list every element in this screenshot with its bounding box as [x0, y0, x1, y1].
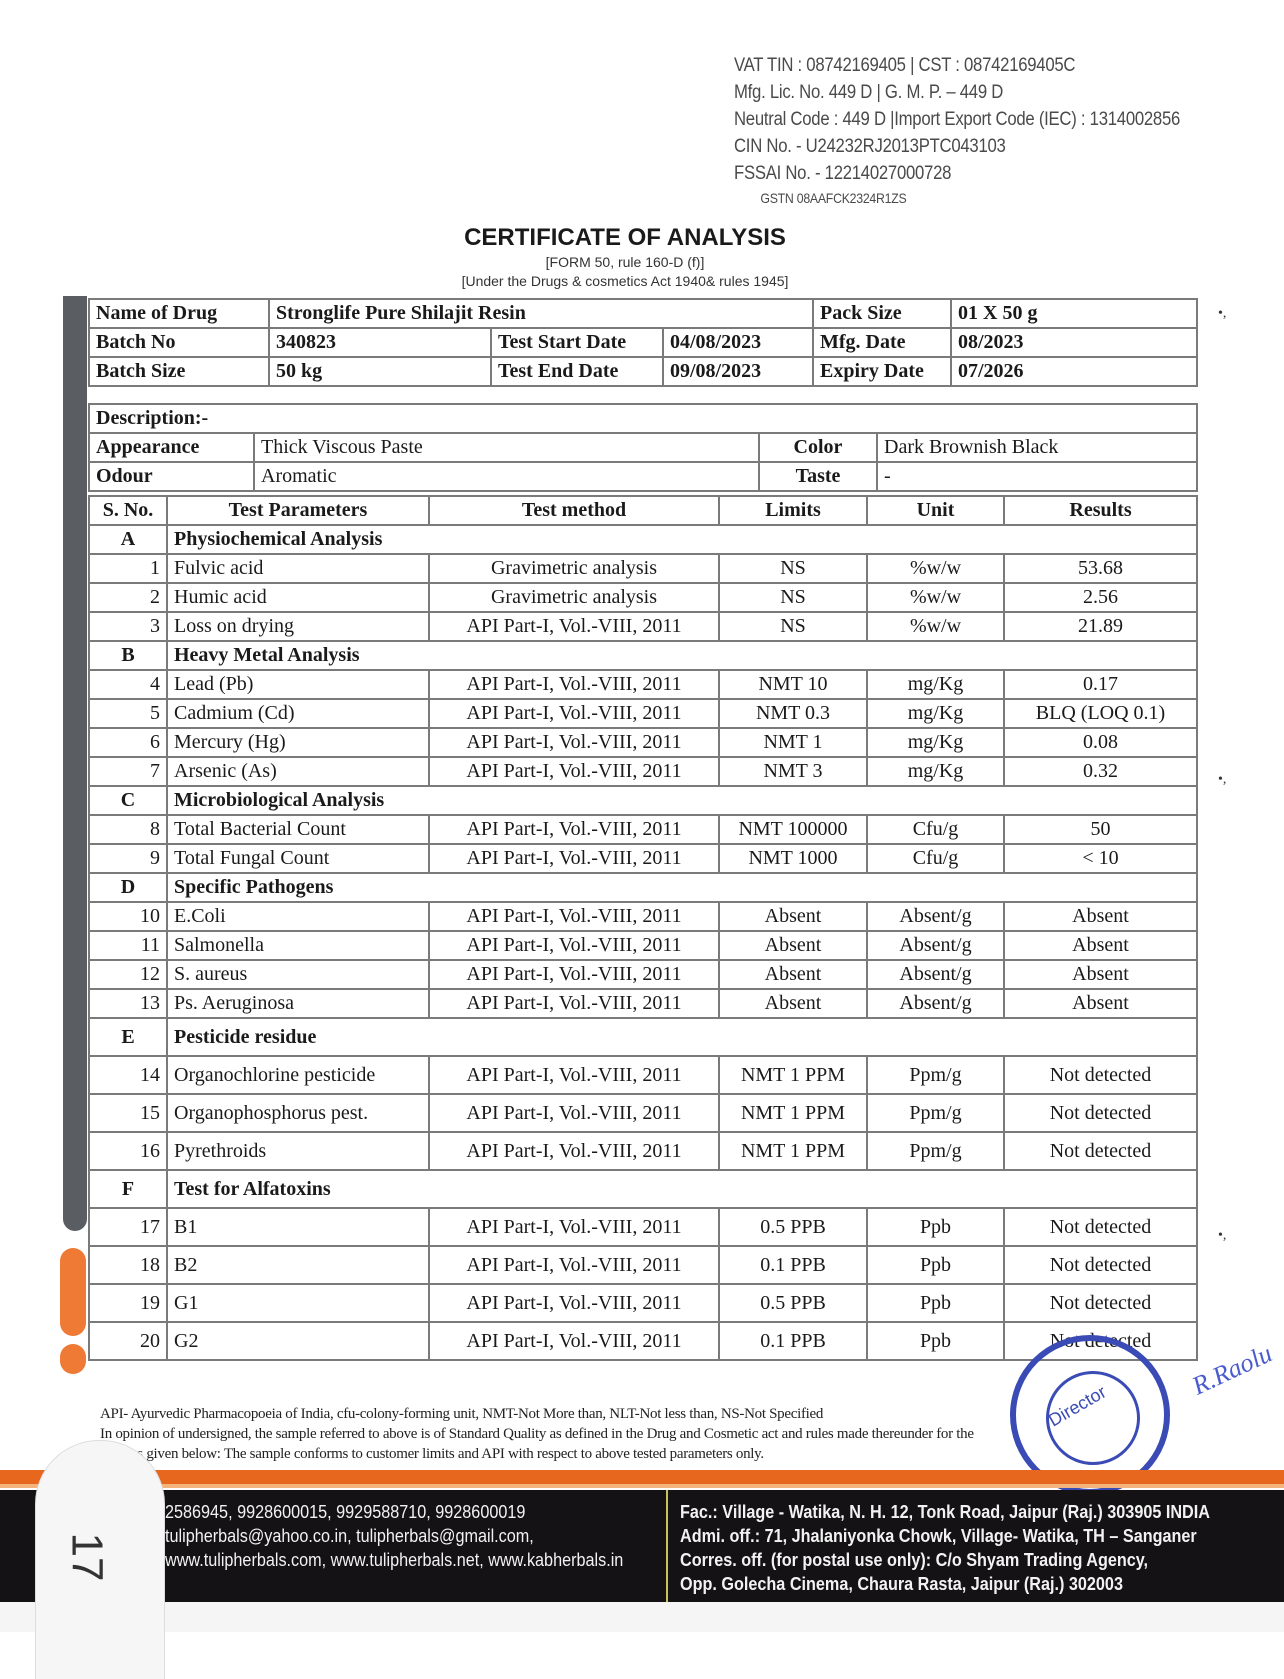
test-result: 50	[1004, 815, 1197, 844]
form-reference: [FORM 50, rule 160-D (f)]	[0, 254, 1250, 270]
table-row: 18B2API Part-I, Vol.-VIII, 20110.1 PPBPp…	[89, 1246, 1197, 1284]
test-parameter: B1	[167, 1208, 429, 1246]
test-limit: NS	[719, 554, 867, 583]
opinion-note: In opinion of undersigned, the sample re…	[100, 1424, 974, 1444]
row-number: 6	[89, 728, 167, 757]
margin-mark: •,	[1218, 306, 1226, 322]
test-unit: Absent/g	[867, 931, 1004, 960]
appearance-value: Thick Viscous Paste	[254, 433, 759, 462]
test-method: API Part-I, Vol.-VIII, 2011	[429, 699, 719, 728]
table-row: 1Fulvic acidGravimetric analysisNS%w/w53…	[89, 554, 1197, 583]
table-row: 16PyrethroidsAPI Part-I, Vol.-VIII, 2011…	[89, 1132, 1197, 1170]
test-parameter: G1	[167, 1284, 429, 1322]
row-number: 8	[89, 815, 167, 844]
section-code: F	[89, 1170, 167, 1208]
test-parameter: Fulvic acid	[167, 554, 429, 583]
page-number: 17	[61, 1533, 111, 1582]
row-number: 9	[89, 844, 167, 873]
test-limit: 0.5 PPB	[719, 1284, 867, 1322]
test-parameter: Cadmium (Cd)	[167, 699, 429, 728]
test-unit: Absent/g	[867, 960, 1004, 989]
row-batch-size: Batch Size 50 kg Test End Date 09/08/202…	[89, 357, 1197, 386]
test-method: API Part-I, Vol.-VIII, 2011	[429, 1208, 719, 1246]
fssai-line: FSSAI No. - 12214027000728	[734, 160, 1180, 187]
test-method: Gravimetric analysis	[429, 554, 719, 583]
test-parameter: G2	[167, 1322, 429, 1360]
test-limit: Absent	[719, 931, 867, 960]
results-table: S. No. Test Parameters Test method Limit…	[88, 495, 1198, 1361]
col-sno: S. No.	[89, 496, 167, 525]
batch-size-label: Batch Size	[89, 357, 269, 386]
test-parameter: Salmonella	[167, 931, 429, 960]
test-parameter: Lead (Pb)	[167, 670, 429, 699]
test-result: Absent	[1004, 931, 1197, 960]
test-limit: NMT 100000	[719, 815, 867, 844]
section-title: Specific Pathogens	[167, 873, 1197, 902]
footer-divider	[666, 1490, 668, 1602]
section-title: Heavy Metal Analysis	[167, 641, 1197, 670]
vat-line: VAT TIN : 08742169405 | CST : 0874216940…	[734, 52, 1180, 79]
description-label: Description:-	[89, 404, 1197, 433]
test-parameter: Organochlorine pesticide	[167, 1056, 429, 1094]
table-row: 11SalmonellaAPI Part-I, Vol.-VIII, 2011A…	[89, 931, 1197, 960]
test-limit: NS	[719, 583, 867, 612]
page-bottom	[0, 1602, 1284, 1632]
row-number: 10	[89, 902, 167, 931]
drug-name-value: Stronglife Pure Shilajit Resin	[269, 299, 813, 328]
test-result: 0.32	[1004, 757, 1197, 786]
table-row: 17B1API Part-I, Vol.-VIII, 20110.5 PPBPp…	[89, 1208, 1197, 1246]
test-method: API Part-I, Vol.-VIII, 2011	[429, 815, 719, 844]
col-unit: Unit	[867, 496, 1004, 525]
contact-block: 2586945, 9928600015, 9929588710, 9928600…	[165, 1500, 623, 1572]
table-row: 10E.ColiAPI Part-I, Vol.-VIII, 2011Absen…	[89, 902, 1197, 931]
test-method: API Part-I, Vol.-VIII, 2011	[429, 612, 719, 641]
section-title: Test for Alfatoxins	[167, 1170, 1197, 1208]
row-drug-name: Name of Drug Stronglife Pure Shilajit Re…	[89, 299, 1197, 328]
test-result: Not detected	[1004, 1246, 1197, 1284]
section-code: A	[89, 525, 167, 554]
conformity-note: reasons given below: The sample conforms…	[100, 1444, 974, 1464]
test-parameter: Ps. Aeruginosa	[167, 989, 429, 1018]
test-limit: NMT 1000	[719, 844, 867, 873]
admin-office-address: Admi. off.: 71, Jhalaniyonka Chowk, Vill…	[680, 1524, 1210, 1548]
test-unit: Ppb	[867, 1284, 1004, 1322]
test-limit: Absent	[719, 960, 867, 989]
test-result: < 10	[1004, 844, 1197, 873]
test-result: 53.68	[1004, 554, 1197, 583]
test-result: Absent	[1004, 989, 1197, 1018]
section-row: DSpecific Pathogens	[89, 873, 1197, 902]
section-code: D	[89, 873, 167, 902]
row-number: 2	[89, 583, 167, 612]
row-number: 17	[89, 1208, 167, 1246]
test-result: 2.56	[1004, 583, 1197, 612]
row-number: 15	[89, 1094, 167, 1132]
test-parameter: Total Bacterial Count	[167, 815, 429, 844]
color-label: Color	[759, 433, 877, 462]
test-result: 0.08	[1004, 728, 1197, 757]
test-limit: NMT 1 PPM	[719, 1056, 867, 1094]
col-limits: Limits	[719, 496, 867, 525]
test-limit: NMT 1	[719, 728, 867, 757]
websites: www.tulipherbals.com, www.tulipherbals.n…	[165, 1548, 623, 1572]
section-code: B	[89, 641, 167, 670]
table-row: 20G2API Part-I, Vol.-VIII, 20110.1 PPBPp…	[89, 1322, 1197, 1360]
odour-label: Odour	[89, 462, 254, 491]
footer-orange-band	[0, 1470, 1284, 1484]
section-code: E	[89, 1018, 167, 1056]
test-method: API Part-I, Vol.-VIII, 2011	[429, 1056, 719, 1094]
row-number: 3	[89, 612, 167, 641]
table-row: 12S. aureusAPI Part-I, Vol.-VIII, 2011Ab…	[89, 960, 1197, 989]
test-end-value: 09/08/2023	[663, 357, 813, 386]
test-unit: mg/Kg	[867, 670, 1004, 699]
table-row: 2Humic acidGravimetric analysisNS%w/w2.5…	[89, 583, 1197, 612]
footer-orange-stripe	[0, 1484, 1284, 1488]
letterhead-footer: 2586945, 9928600015, 9929588710, 9928600…	[0, 1490, 1284, 1602]
batch-size-value: 50 kg	[269, 357, 491, 386]
test-method: API Part-I, Vol.-VIII, 2011	[429, 960, 719, 989]
test-method: API Part-I, Vol.-VIII, 2011	[429, 728, 719, 757]
test-parameter: Total Fungal Count	[167, 844, 429, 873]
test-limit: Absent	[719, 902, 867, 931]
test-unit: Ppb	[867, 1208, 1004, 1246]
expiry-value: 07/2026	[951, 357, 1197, 386]
test-method: API Part-I, Vol.-VIII, 2011	[429, 989, 719, 1018]
test-limit: NMT 10	[719, 670, 867, 699]
table-row: 14Organochlorine pesticideAPI Part-I, Vo…	[89, 1056, 1197, 1094]
test-limit: NMT 0.3	[719, 699, 867, 728]
test-parameter: E.Coli	[167, 902, 429, 931]
test-result: Absent	[1004, 960, 1197, 989]
table-row: 13Ps. AeruginosaAPI Part-I, Vol.-VIII, 2…	[89, 989, 1197, 1018]
section-title: Pesticide residue	[167, 1018, 1197, 1056]
row-number: 11	[89, 931, 167, 960]
test-result: Not detected	[1004, 1094, 1197, 1132]
row-number: 18	[89, 1246, 167, 1284]
test-start-label: Test Start Date	[491, 328, 663, 357]
signature: R.Raolu	[1188, 1339, 1277, 1402]
row-number: 1	[89, 554, 167, 583]
taste-label: Taste	[759, 462, 877, 491]
section-title: Physiochemical Analysis	[167, 525, 1197, 554]
test-unit: Ppm/g	[867, 1056, 1004, 1094]
phone-numbers: 2586945, 9928600015, 9929588710, 9928600…	[165, 1500, 623, 1524]
test-unit: Ppb	[867, 1246, 1004, 1284]
test-end-label: Test End Date	[491, 357, 663, 386]
test-result: 21.89	[1004, 612, 1197, 641]
test-result: BLQ (LOQ 0.1)	[1004, 699, 1197, 728]
margin-mark: •,	[1218, 772, 1226, 788]
test-unit: Cfu/g	[867, 844, 1004, 873]
pack-size-value: 01 X 50 g	[951, 299, 1197, 328]
gstn-line: GSTN 08AAFCK2324R1ZS	[734, 187, 1180, 209]
row-batch-no: Batch No 340823 Test Start Date 04/08/20…	[89, 328, 1197, 357]
test-method: API Part-I, Vol.-VIII, 2011	[429, 1284, 719, 1322]
correspondence-address: Corres. off. (for postal use only): C/o …	[680, 1548, 1210, 1572]
act-reference: [Under the Drugs & cosmetics Act 1940& r…	[0, 273, 1250, 289]
test-unit: %w/w	[867, 612, 1004, 641]
test-result: Not detected	[1004, 1284, 1197, 1322]
drug-name-label: Name of Drug	[89, 299, 269, 328]
test-limit: 0.5 PPB	[719, 1208, 867, 1246]
test-method: API Part-I, Vol.-VIII, 2011	[429, 902, 719, 931]
row-number: 20	[89, 1322, 167, 1360]
test-unit: mg/Kg	[867, 757, 1004, 786]
test-limit: NMT 1 PPM	[719, 1094, 867, 1132]
table-row: 6Mercury (Hg)API Part-I, Vol.-VIII, 2011…	[89, 728, 1197, 757]
section-code: C	[89, 786, 167, 815]
test-parameter: Pyrethroids	[167, 1132, 429, 1170]
appearance-label: Appearance	[89, 433, 254, 462]
test-limit: 0.1 PPB	[719, 1322, 867, 1360]
table-row: 19G1API Part-I, Vol.-VIII, 20110.5 PPBPp…	[89, 1284, 1197, 1322]
expiry-label: Expiry Date	[813, 357, 951, 386]
page-title: CERTIFICATE OF ANALYSIS	[0, 224, 1250, 252]
binder-tab-orange-small	[60, 1344, 86, 1374]
row-number: 16	[89, 1132, 167, 1170]
factory-address: Fac.: Village - Watika, N. H. 12, Tonk R…	[680, 1500, 1210, 1524]
binder-spine	[63, 296, 87, 1231]
table-row: 7Arsenic (As)API Part-I, Vol.-VIII, 2011…	[89, 757, 1197, 786]
test-parameter: Loss on drying	[167, 612, 429, 641]
test-result: Not detected	[1004, 1208, 1197, 1246]
table-row: 5Cadmium (Cd)API Part-I, Vol.-VIII, 2011…	[89, 699, 1197, 728]
test-limit: 0.1 PPB	[719, 1246, 867, 1284]
row-number: 5	[89, 699, 167, 728]
test-unit: Ppm/g	[867, 1094, 1004, 1132]
test-method: Gravimetric analysis	[429, 583, 719, 612]
test-unit: Cfu/g	[867, 815, 1004, 844]
test-parameter: Humic acid	[167, 583, 429, 612]
row-number: 4	[89, 670, 167, 699]
odour-value: Aromatic	[254, 462, 759, 491]
row-number: 19	[89, 1284, 167, 1322]
binder-tab-orange	[60, 1248, 86, 1336]
registration-info: VAT TIN : 08742169405 | CST : 0874216940…	[734, 52, 1180, 209]
test-parameter: Mercury (Hg)	[167, 728, 429, 757]
row-number: 14	[89, 1056, 167, 1094]
col-parameter: Test Parameters	[167, 496, 429, 525]
batch-no-value: 340823	[269, 328, 491, 357]
test-parameter: B2	[167, 1246, 429, 1284]
neutral-code-line: Neutral Code : 449 D |Import Export Code…	[734, 106, 1180, 133]
table-row: 8Total Bacterial CountAPI Part-I, Vol.-V…	[89, 815, 1197, 844]
mfg-lic-line: Mfg. Lic. No. 449 D | G. M. P. – 449 D	[734, 79, 1180, 106]
product-info-table: Name of Drug Stronglife Pure Shilajit Re…	[88, 298, 1198, 387]
table-row: 15Organophosphorus pest.API Part-I, Vol.…	[89, 1094, 1197, 1132]
test-result: Not detected	[1004, 1056, 1197, 1094]
test-unit: %w/w	[867, 583, 1004, 612]
test-unit: mg/Kg	[867, 699, 1004, 728]
col-results: Results	[1004, 496, 1197, 525]
table-row: 9Total Fungal CountAPI Part-I, Vol.-VIII…	[89, 844, 1197, 873]
results-body: APhysiochemical Analysis1Fulvic acidGrav…	[89, 525, 1197, 1360]
test-unit: Absent/g	[867, 989, 1004, 1018]
test-limit: NMT 3	[719, 757, 867, 786]
test-result: Absent	[1004, 902, 1197, 931]
test-method: API Part-I, Vol.-VIII, 2011	[429, 757, 719, 786]
taste-value: -	[877, 462, 1197, 491]
section-row: EPesticide residue	[89, 1018, 1197, 1056]
test-parameter: Arsenic (As)	[167, 757, 429, 786]
test-method: API Part-I, Vol.-VIII, 2011	[429, 1132, 719, 1170]
abbreviations-note: API- Ayurvedic Pharmacopoeia of India, c…	[100, 1404, 974, 1424]
results-header-row: S. No. Test Parameters Test method Limit…	[89, 496, 1197, 525]
batch-no-label: Batch No	[89, 328, 269, 357]
cin-line: CIN No. - U24232RJ2013PTC043103	[734, 133, 1180, 160]
col-method: Test method	[429, 496, 719, 525]
mfg-date-label: Mfg. Date	[813, 328, 951, 357]
address-block: Fac.: Village - Watika, N. H. 12, Tonk R…	[680, 1500, 1210, 1596]
test-parameter: S. aureus	[167, 960, 429, 989]
test-start-value: 04/08/2023	[663, 328, 813, 357]
test-method: API Part-I, Vol.-VIII, 2011	[429, 1322, 719, 1360]
test-limit: NMT 1 PPM	[719, 1132, 867, 1170]
section-row: CMicrobiological Analysis	[89, 786, 1197, 815]
table-row: 3Loss on dryingAPI Part-I, Vol.-VIII, 20…	[89, 612, 1197, 641]
pack-size-label: Pack Size	[813, 299, 951, 328]
test-unit: Ppm/g	[867, 1132, 1004, 1170]
section-row: APhysiochemical Analysis	[89, 525, 1197, 554]
test-result: Not detected	[1004, 1132, 1197, 1170]
test-method: API Part-I, Vol.-VIII, 2011	[429, 1094, 719, 1132]
footnotes: API- Ayurvedic Pharmacopoeia of India, c…	[100, 1404, 974, 1464]
test-unit: Absent/g	[867, 902, 1004, 931]
test-method: API Part-I, Vol.-VIII, 2011	[429, 844, 719, 873]
color-value: Dark Brownish Black	[877, 433, 1197, 462]
test-parameter: Organophosphorus pest.	[167, 1094, 429, 1132]
description-table: Description:- Appearance Thick Viscous P…	[88, 403, 1198, 492]
section-row: FTest for Alfatoxins	[89, 1170, 1197, 1208]
test-unit: Ppb	[867, 1322, 1004, 1360]
test-limit: Absent	[719, 989, 867, 1018]
test-method: API Part-I, Vol.-VIII, 2011	[429, 670, 719, 699]
test-result: 0.17	[1004, 670, 1197, 699]
section-title: Microbiological Analysis	[167, 786, 1197, 815]
test-limit: NS	[719, 612, 867, 641]
row-number: 12	[89, 960, 167, 989]
test-method: API Part-I, Vol.-VIII, 2011	[429, 931, 719, 960]
table-row: 4Lead (Pb)API Part-I, Vol.-VIII, 2011NMT…	[89, 670, 1197, 699]
correspondence-address-2: Opp. Golecha Cinema, Chaura Rasta, Jaipu…	[680, 1572, 1210, 1596]
margin-mark: •,	[1218, 1228, 1226, 1244]
emails: tulipherbals@yahoo.co.in, tulipherbals@g…	[165, 1524, 623, 1548]
test-unit: %w/w	[867, 554, 1004, 583]
row-number: 7	[89, 757, 167, 786]
test-method: API Part-I, Vol.-VIII, 2011	[429, 1246, 719, 1284]
row-number: 13	[89, 989, 167, 1018]
test-unit: mg/Kg	[867, 728, 1004, 757]
section-row: BHeavy Metal Analysis	[89, 641, 1197, 670]
mfg-date-value: 08/2023	[951, 328, 1197, 357]
